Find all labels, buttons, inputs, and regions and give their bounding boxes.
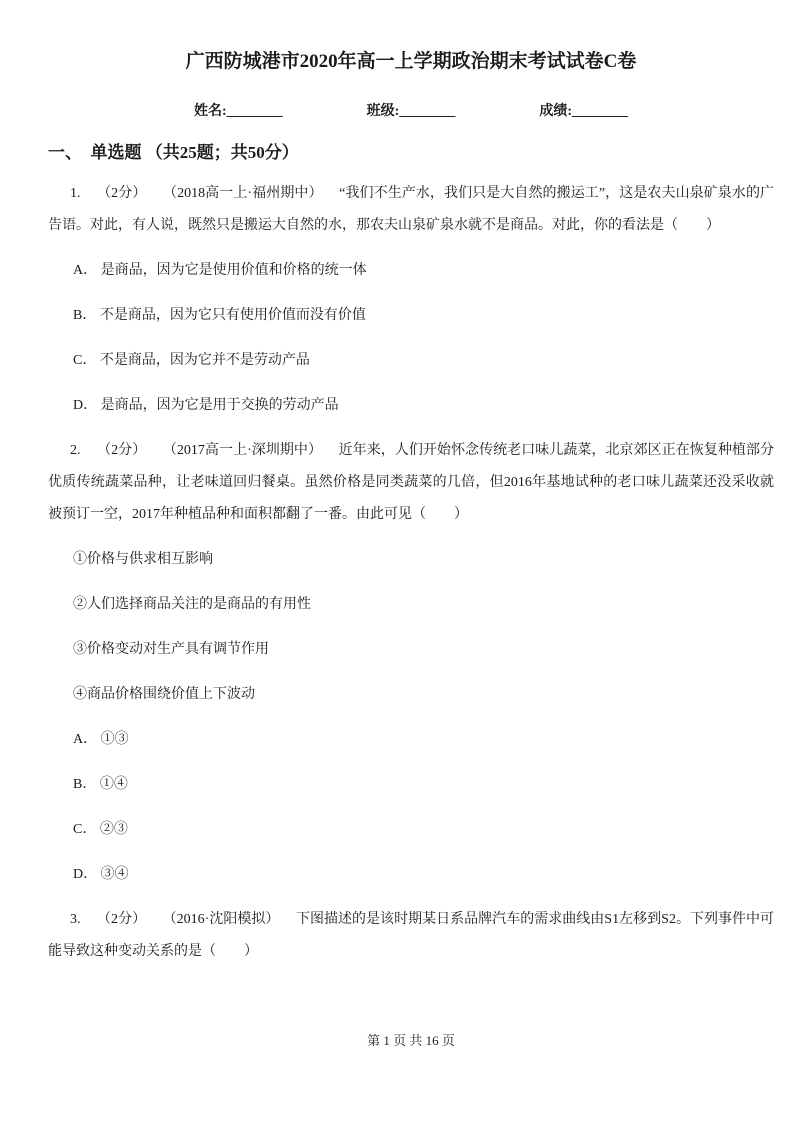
question-3-number: 3.: [70, 912, 81, 927]
question-1-option-b: B． 不是商品，因为它只有使用价值而没有价值: [48, 300, 774, 332]
section-1-heading: 一、 单选题 （共25题；共50分）: [48, 141, 774, 165]
question-2-option-a: A． ①③: [48, 724, 774, 756]
document-title: 广西防城港市2020年高一上学期政治期末考试试卷C卷: [48, 48, 774, 76]
question-1-option-a: A． 是商品，因为它是使用价值和价格的统一体: [48, 255, 774, 287]
info-bar: 姓名:________ 班级:________ 成绩:________: [48, 102, 774, 122]
page-footer: 第 1 页 共 16 页: [48, 1032, 774, 1050]
question-2-subitem-3: ③价格变动对生产具有调节作用: [48, 634, 774, 666]
question-2-source: （2017高一上·深圳期中）: [163, 443, 322, 458]
question-1-text: “我们不生产水，我们只是大自然的搬运工”，这是农夫山泉矿泉水的广告语。对此，有人…: [48, 186, 774, 233]
question-1-number: 1.: [70, 186, 81, 201]
question-3-text: 下图描述的是该时期某日系品牌汽车的需求曲线由S1左移到S2。下列事件中可能导致这…: [48, 912, 774, 959]
class-field: 班级:________: [367, 102, 456, 122]
name-field: 姓名:________: [194, 102, 283, 122]
class-blank-line: ________: [399, 104, 455, 119]
question-2-text: 近年来，人们开始怀念传统老口味儿蔬菜，北京郊区正在恢复种植部分优质传统蔬菜品种，…: [48, 443, 774, 522]
question-2-option-b: B． ①④: [48, 769, 774, 801]
question-3-stem: 3. （2分） （2016·沈阳模拟） 下图描述的是该时期某日系品牌汽车的需求曲…: [48, 904, 774, 968]
exam-document-page: 广西防城港市2020年高一上学期政治期末考试试卷C卷 姓名:________ 班…: [0, 0, 800, 1132]
score-field: 成绩:________: [539, 102, 628, 122]
question-2-option-c: C． ②③: [48, 814, 774, 846]
class-label: 班级:: [367, 104, 400, 119]
question-3-source: （2016·沈阳模拟）: [163, 912, 280, 927]
score-blank-line: ________: [572, 104, 628, 119]
question-1-source: （2018高一上·福州期中）: [163, 186, 323, 201]
name-label: 姓名:: [194, 104, 227, 119]
score-label: 成绩:: [539, 104, 572, 119]
question-2-number: 2.: [70, 443, 81, 458]
name-blank-line: ________: [227, 104, 283, 119]
question-2-subitem-4: ④商品价格围绕价值上下波动: [48, 679, 774, 711]
question-3-points: （2分）: [97, 912, 146, 927]
question-1-stem: 1. （2分） （2018高一上·福州期中） “我们不生产水，我们只是大自然的搬…: [48, 178, 774, 242]
question-1-option-c: C． 不是商品，因为它并不是劳动产品: [48, 345, 774, 377]
question-2-points: （2分）: [97, 443, 146, 458]
question-2-stem: 2. （2分） （2017高一上·深圳期中） 近年来，人们开始怀念传统老口味儿蔬…: [48, 435, 774, 531]
question-1-points: （2分）: [97, 186, 146, 201]
question-1-option-d: D． 是商品，因为它是用于交换的劳动产品: [48, 390, 774, 422]
question-2-option-d: D． ③④: [48, 859, 774, 891]
question-2-subitem-1: ①价格与供求相互影响: [48, 544, 774, 576]
question-2-subitem-2: ②人们选择商品关注的是商品的有用性: [48, 589, 774, 621]
